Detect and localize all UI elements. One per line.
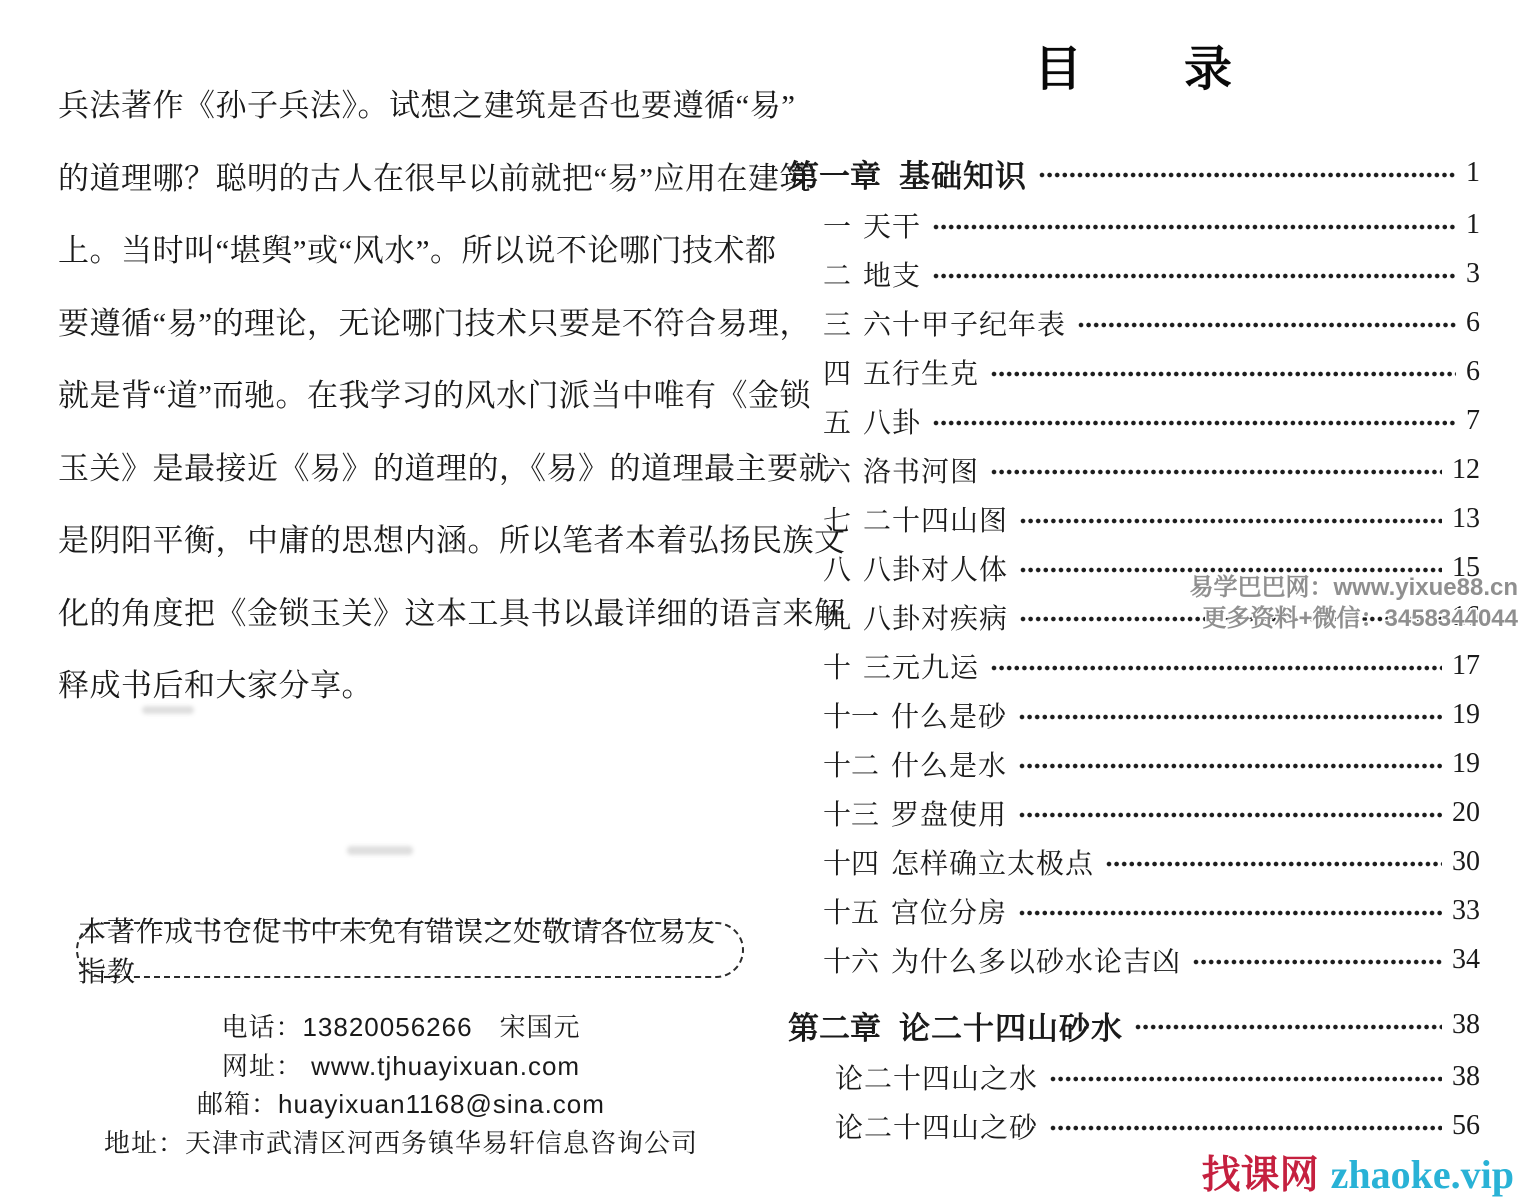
toc-entry-page: 1 <box>1466 157 1480 189</box>
dot-leader <box>991 469 1442 477</box>
toc-title: 目 录 <box>788 30 1480 99</box>
toc-entry-page: 34 <box>1452 944 1480 976</box>
dot-leader <box>1106 861 1442 869</box>
toc-entry-title: 天干 <box>863 205 921 245</box>
watermark-yixue-line1: 易学巴巴网：www.yixue88.cn <box>1189 572 1518 603</box>
watermark-yixue-line2: 更多资料+微信：3458344044 <box>1189 603 1518 634</box>
paragraph-line: 的道理哪？聪明的古人在很早以前就把“易”应用在建筑 <box>58 143 744 216</box>
dot-leader <box>1050 1125 1442 1133</box>
toc-entry-title: 怎样确立太极点 <box>891 842 1094 882</box>
toc-row: 六 洛书河图 12 <box>788 445 1480 494</box>
dot-leader <box>933 273 1456 281</box>
left-page-paragraph: 兵法著作《孙子兵法》。试想之建筑是否也要遵循“易” 的道理哪？聪明的古人在很早以… <box>58 70 744 723</box>
toc-entry-title: 基础知识 <box>899 151 1027 196</box>
toc-entry-title: 论二十四山砂水 <box>899 1003 1123 1048</box>
toc-entry-number: 十五 <box>823 891 879 931</box>
toc-row: 论二十四山之砂 56 <box>788 1101 1480 1150</box>
dot-leader <box>991 665 1442 673</box>
watermark-zhaoke-url: zhaoke.vip <box>1331 1151 1514 1198</box>
toc-entry-page: 30 <box>1452 846 1480 878</box>
dot-leader <box>991 371 1456 379</box>
toc-row: 十一 什么是砂 19 <box>788 690 1480 739</box>
book-scan-page: 兵法著作《孙子兵法》。试想之建筑是否也要遵循“易” 的道理哪？聪明的古人在很早以… <box>0 0 1522 1200</box>
dot-leader <box>1135 1024 1442 1032</box>
toc-entry-page: 20 <box>1452 797 1480 829</box>
toc-entry-page: 6 <box>1466 356 1480 388</box>
toc-entry-title: 三元九运 <box>863 646 979 686</box>
watermark-zhaoke: 找课网 zhaoke.vip <box>1202 1144 1514 1200</box>
toc-row: 十四 怎样确立太极点 30 <box>788 837 1480 886</box>
toc-row: 十二 什么是水 19 <box>788 739 1480 788</box>
toc-row: 七 二十四山图 13 <box>788 494 1480 543</box>
toc-entry-title: 八卦对疾病 <box>863 597 1008 637</box>
dot-leader <box>933 224 1456 232</box>
toc-entry-number: 十一 <box>823 695 879 735</box>
toc-entry-number: 三 <box>823 303 851 343</box>
dot-leader <box>1078 322 1456 330</box>
contact-email: 邮箱：huayixuan1168@sina.com <box>55 1085 747 1124</box>
dot-leader <box>1050 1076 1442 1084</box>
toc-entry-number: 十 <box>823 646 851 686</box>
watermark-zhaoke-cn: 找课网 <box>1202 1144 1319 1200</box>
toc-entry-page: 33 <box>1452 895 1480 927</box>
toc-chapter-row: 第二章 论二十四山砂水 38 <box>788 998 1480 1052</box>
toc-entry-title: 八卦 <box>863 401 921 441</box>
toc-row: 十三 罗盘使用 20 <box>788 788 1480 837</box>
toc-entry-number: 八 <box>823 548 851 588</box>
author-note-text: 本著作成书仓促书中未免有错误之处敬请各位易友指教 <box>78 910 742 990</box>
toc-entry-title: 为什么多以砂水论吉凶 <box>891 940 1181 980</box>
toc-entry-page: 3 <box>1466 258 1480 290</box>
contact-website: 网址： www.tjhuayixuan.com <box>55 1047 747 1086</box>
toc-entry-number: 十四 <box>823 842 879 882</box>
dot-leader <box>1019 812 1442 820</box>
toc-entry-title: 二十四山图 <box>863 499 1008 539</box>
toc-entry-page: 13 <box>1452 503 1480 535</box>
paragraph-line: 兵法著作《孙子兵法》。试想之建筑是否也要遵循“易” <box>58 70 744 143</box>
toc-entry-number: 四 <box>823 352 851 392</box>
dot-leader <box>1193 959 1442 967</box>
toc-row: 二 地支 3 <box>788 249 1480 298</box>
toc-entry-page: 17 <box>1452 650 1480 682</box>
toc-entry-page: 19 <box>1452 748 1480 780</box>
toc-row: 十 三元九运 17 <box>788 641 1480 690</box>
paragraph-line: 是阴阳平衡，中庸的思想内涵。所以笔者本着弘扬民族文 <box>58 505 744 578</box>
toc-entry-number: 六 <box>823 450 851 490</box>
toc-entry-page: 19 <box>1452 699 1480 731</box>
paragraph-line: 玉关》是最接近《易》的道理的，《易》的道理最主要就 <box>58 433 744 506</box>
dot-leader <box>933 420 1456 428</box>
toc-entry-number: 十六 <box>823 940 879 980</box>
toc-entry-title: 什么是水 <box>891 744 1007 784</box>
paragraph-line: 就是背“道”而驰。在我学习的风水门派当中唯有《金锁 <box>58 360 744 433</box>
toc-entry-number: 一 <box>823 205 851 245</box>
dot-leader <box>1020 518 1442 526</box>
dot-leader <box>1039 172 1456 180</box>
toc-entry-number: 第二章 <box>788 1003 881 1048</box>
toc-entry-title: 地支 <box>863 254 921 294</box>
paragraph-line: 化的角度把《金锁玉关》这本工具书以最详细的语言来解 <box>58 578 744 651</box>
toc-row: 十五 宫位分房 33 <box>788 886 1480 935</box>
toc-row: 五 八卦 7 <box>788 396 1480 445</box>
toc-entry-title: 六十甲子纪年表 <box>863 303 1066 343</box>
toc-entry-page: 38 <box>1452 1009 1480 1041</box>
toc-chapter-row: 第一章 基础知识 1 <box>788 146 1480 200</box>
toc-entry-page: 7 <box>1466 405 1480 437</box>
toc-entry-number: 七 <box>823 499 851 539</box>
toc-entry-number: 二 <box>823 254 851 294</box>
toc-entry-title: 洛书河图 <box>863 450 979 490</box>
toc-entry-page: 12 <box>1452 454 1480 486</box>
toc-entry-title: 论二十四山之砂 <box>835 1106 1038 1146</box>
paragraph-line: 要遵循“易”的理论，无论哪门技术只要是不符合易理， <box>58 288 744 361</box>
toc-row: 一 天干 1 <box>788 200 1480 249</box>
toc-entry-title: 宫位分房 <box>891 891 1007 931</box>
toc-row: 四 五行生克 6 <box>788 347 1480 396</box>
dot-leader <box>1019 714 1442 722</box>
toc-entry-number: 第一章 <box>788 151 881 196</box>
contact-phone: 电话：13820056266 宋国元 <box>55 1008 747 1047</box>
toc-row: 论二十四山之水 38 <box>788 1052 1480 1101</box>
author-note-box: 本著作成书仓促书中未免有错误之处敬请各位易友指教 <box>76 922 744 978</box>
toc-entry-page: 38 <box>1452 1061 1480 1093</box>
contact-block: 电话：13820056266 宋国元 网址： www.tjhuayixuan.c… <box>55 1008 747 1162</box>
toc-entry-page: 6 <box>1466 307 1480 339</box>
toc-entry-number: 九 <box>823 597 851 637</box>
toc-entry-title: 论二十四山之水 <box>835 1057 1038 1097</box>
watermark-yixue: 易学巴巴网：www.yixue88.cn 更多资料+微信：3458344044 <box>1189 572 1518 634</box>
dot-leader <box>1019 763 1442 771</box>
toc-entry-title: 什么是砂 <box>891 695 1007 735</box>
paragraph-line: 上。当时叫“堪舆”或“风水”。所以说不论哪门技术都 <box>58 215 744 288</box>
toc-entry-title: 八卦对人体 <box>863 548 1008 588</box>
contact-address: 地址：天津市武清区河西务镇华易轩信息咨询公司 <box>55 1124 747 1163</box>
dot-leader <box>1019 910 1442 918</box>
toc-entry-number: 十三 <box>823 793 879 833</box>
table-of-contents: 第一章 基础知识 1 一 天干 1 二 地支 3 三 六十甲子纪年表 6 四 五… <box>788 146 1480 1150</box>
toc-entry-number: 十二 <box>823 744 879 784</box>
toc-row: 三 六十甲子纪年表 6 <box>788 298 1480 347</box>
toc-entry-number: 五 <box>823 401 851 441</box>
toc-entry-title: 罗盘使用 <box>891 793 1007 833</box>
scan-smudge <box>347 846 413 855</box>
toc-entry-title: 五行生克 <box>863 352 979 392</box>
toc-row: 十六 为什么多以砂水论吉凶 34 <box>788 935 1480 984</box>
toc-entry-page: 56 <box>1452 1110 1480 1142</box>
toc-entry-page: 1 <box>1466 209 1480 241</box>
scan-smudge <box>142 706 194 714</box>
